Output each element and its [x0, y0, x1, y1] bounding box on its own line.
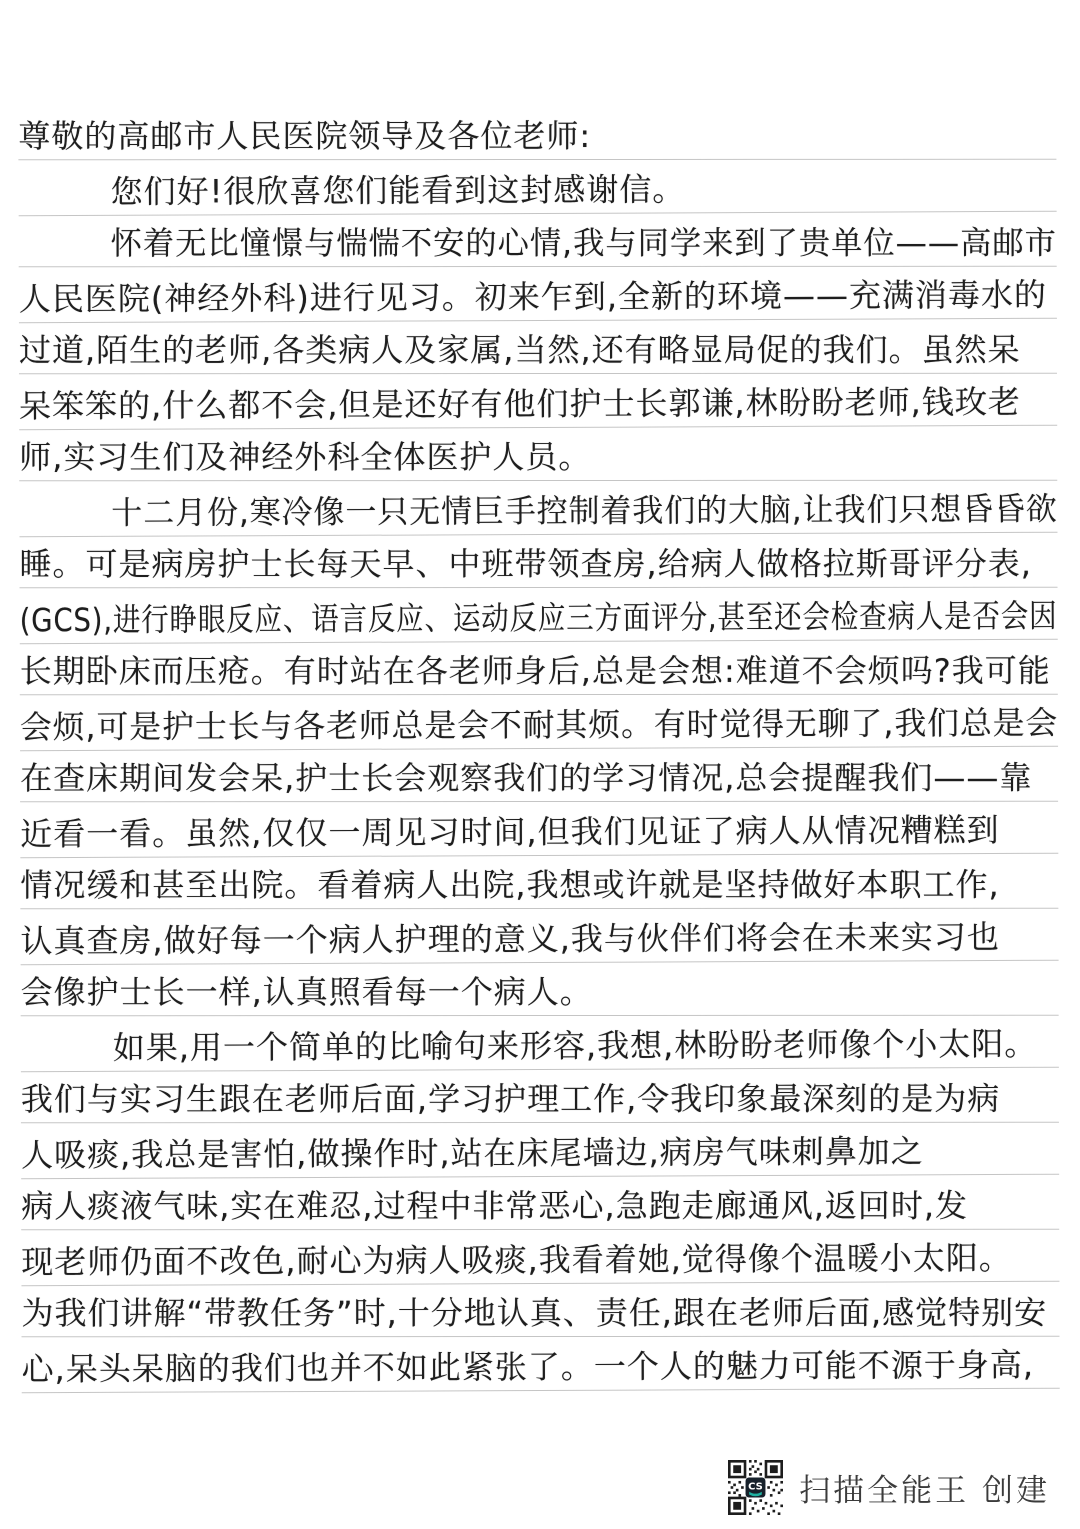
letter-line-text: 长期卧床而压疮。有时站在各老师身后,总是会想:难道不会烦吗?我可能	[20, 652, 1051, 693]
camscanner-qr-code: CS	[728, 1460, 783, 1515]
letter-lines: 尊敬的高邮市人民医院领导及各位老师:您们好!很欣喜您们能看到这封感谢信。怀着无比…	[18, 105, 1059, 1392]
letter-line-body: 认真查房,做好每一个病人护理的意义,我与伙伴们将会在未来实习也	[20, 906, 1058, 964]
letter-line-body: 现老师仍面不改色,耐心为病人吸痰,我看着她,觉得像个温暖小太阳。	[21, 1227, 1059, 1285]
letter-line-body: 人吸痰,我总是害怕,做操作时,站在床尾墙边,病房气味刺鼻加之	[21, 1120, 1059, 1178]
letter-line-text: 为我们讲解“带教任务”时,十分地认真、责任,跟在老师后面,感觉特别安	[21, 1294, 1047, 1335]
letter-line-text: 会烦,可是护士长与各老师总是会不耐其烦。有时觉得无聊了,我们总是会	[20, 704, 1059, 749]
letter-line-text: 人吸痰,我总是害怕,做操作时,站在床尾墙边,病房气味刺鼻加之	[21, 1133, 924, 1178]
letter-line-body: 为我们讲解“带教任务”时,十分地认真、责任,跟在老师后面,感觉特别安	[21, 1283, 1059, 1337]
letter-line-text: 认真查房,做好每一个病人护理的意义,我与伙伴们将会在未来实习也	[20, 918, 1000, 963]
letter-line-text: 情况缓和甚至出院。看着病人出院,我想或许就是坚持做好本职工作,	[20, 866, 999, 907]
letter-line-body: 我们与实习生跟在老师后面,学习护理工作,令我印象最深刻的是为病	[21, 1069, 1059, 1123]
letter-line-text: (GCS),进行睁眼反应、语言反应、运动反应三方面评分,甚至还会检查病人是否会因	[20, 597, 1058, 642]
letter-line-text: 师,实习生们及神经外科全体医护人员。	[19, 439, 591, 480]
letter-line-text: 现老师仍面不改色,耐心为病人吸痰,我看着她,觉得像个温暖小太阳。	[21, 1239, 1012, 1284]
letter-line-body: 在查床期间发会呆,护士长会观察我们的学习情况,总会提醒我们——靠	[20, 748, 1058, 802]
letter-line-text: 人民医院(神经外科)进行见习。初来乍到,全新的环境——充满消毒水的	[19, 276, 1047, 321]
letter-body: 尊敬的高邮市人民医院领导及各位老师:您们好!很欣喜您们能看到这封感谢信。怀着无比…	[18, 105, 1059, 1392]
camscanner-watermark-text: 扫描全能王 创建	[799, 1465, 1050, 1510]
letter-line-text: 病人痰液气味,实在难忍,过程中非常恶心,急跑走廊通风,返回时,发	[21, 1187, 968, 1228]
letter-line-body: 会烦,可是护士长与各老师总是会不耐其烦。有时觉得无聊了,我们总是会	[20, 692, 1058, 750]
letter-line-body: 长期卧床而压疮。有时站在各老师身后,总是会想:难道不会烦吗?我可能	[20, 641, 1058, 695]
letter-line-text: 我们与实习生跟在老师后面,学习护理工作,令我印象最深刻的是为病	[21, 1080, 1000, 1121]
letter-line-body: 师,实习生们及神经外科全体医护人员。	[19, 427, 1057, 481]
letter-line-body: 睡。可是病房护士长每天早、中班带领查房,给病人做格拉斯哥评分表,	[19, 534, 1057, 588]
letter-line-text: 睡。可是病房护士长每天早、中班带领查房,给病人做格拉斯哥评分表,	[20, 545, 1032, 586]
letter-line-body: 怀着无比憧憬与惴惴不安的心情,我与同学来到了贵单位——高邮市	[19, 213, 1057, 267]
letter-line-body: 病人痰液气味,实在难忍,过程中非常恶心,急跑走廊通风,返回时,发	[21, 1176, 1059, 1230]
letter-line-body: 情况缓和甚至出院。看着病人出院,我想或许就是坚持做好本职工作,	[20, 855, 1058, 909]
letter-line-body: 人民医院(神经外科)进行见习。初来乍到,全新的环境——充满消毒水的	[19, 264, 1057, 322]
letter-line-text: 近看一看。虽然,仅仅一周见习时间,但我们见证了病人从情况糟糕到	[20, 811, 1000, 856]
letter-line-greeting: 您们好!很欣喜您们能看到这封感谢信。	[18, 157, 1056, 215]
letter-line-salutation: 尊敬的高邮市人民医院领导及各位老师:	[18, 106, 1056, 160]
camscanner-watermark: CS 扫描全能王 创建	[728, 1460, 1050, 1515]
letter-line-body: 会像护士长一样,认真照看每一个病人。	[21, 962, 1059, 1016]
letter-line-text: 过道,陌生的老师,各类病人及家属,当然,还有略显局促的我们。虽然呆	[19, 331, 1021, 372]
scanned-letter-page: 尊敬的高邮市人民医院领导及各位老师:您们好!很欣喜您们能看到这封感谢信。怀着无比…	[0, 0, 1080, 1529]
letter-line-text: 十二月份,寒冷像一只无情巨手控制着我们的大脑,让我们只想昏昏欲	[111, 490, 1058, 535]
letter-line-text: 会像护士长一样,认真照看每一个病人。	[21, 974, 593, 1015]
letter-line-text: 如果,用一个简单的比喻句来形容,我想,林盼盼老师像个小太阳。	[113, 1025, 1038, 1070]
letter-line-body: 心,呆头呆脑的我们也并不如此紧张了。一个人的魅力可能不源于身高,	[21, 1334, 1059, 1392]
qr-cs-logo-label: CS	[748, 1481, 763, 1492]
letter-line-text: 怀着无比憧憬与惴惴不安的心情,我与同学来到了贵单位——高邮市	[111, 224, 1057, 265]
letter-line-body: (GCS),进行睁眼反应、语言反应、运动反应三方面评分,甚至还会检查病人是否会因	[20, 585, 1058, 643]
letter-line-body: 十二月份,寒冷像一只无情巨手控制着我们的大脑,让我们只想昏昏欲	[19, 478, 1057, 536]
letter-line-body: 呆笨笨的,什么都不会,但是还好有他们护士长郭谦,林盼盼老师,钱玫老	[19, 371, 1057, 429]
letter-line-text: 在查床期间发会呆,护士长会观察我们的学习情况,总会提醒我们——靠	[20, 759, 1032, 800]
letter-line-body: 过道,陌生的老师,各类病人及家属,当然,还有略显局促的我们。虽然呆	[19, 320, 1057, 374]
letter-line-text: 心,呆头呆脑的我们也并不如此紧张了。一个人的魅力可能不源于身高,	[22, 1346, 1035, 1391]
letter-line-text: 尊敬的高邮市人民医院领导及各位老师:	[18, 118, 591, 159]
letter-line-body: 近看一看。虽然,仅仅一周见习时间,但我们见证了病人从情况糟糕到	[20, 799, 1058, 857]
letter-line-body: 如果,用一个简单的比喻句来形容,我想,林盼盼老师像个小太阳。	[21, 1013, 1059, 1071]
letter-line-text: 呆笨笨的,什么都不会,但是还好有他们护士长郭谦,林盼盼老师,钱玫老	[19, 383, 1021, 428]
letter-line-text: 您们好!很欣喜您们能看到这封感谢信。	[110, 171, 685, 214]
